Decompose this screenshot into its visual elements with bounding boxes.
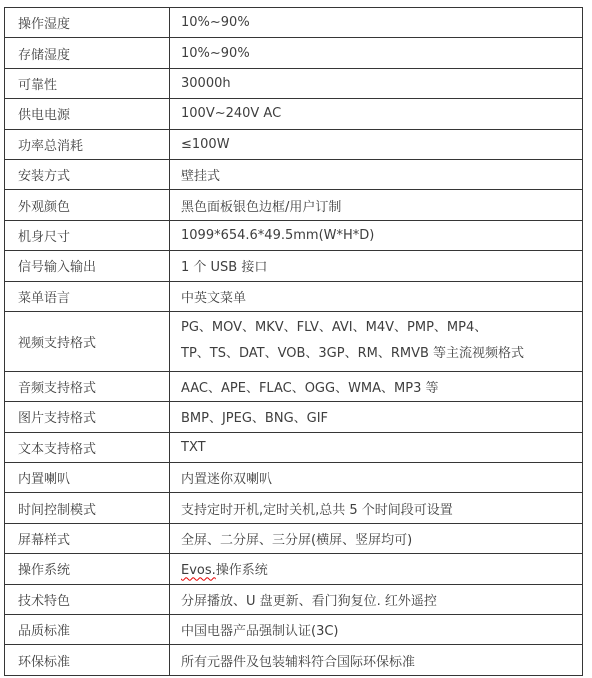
- spec-table: 操作湿度10%~90%存储湿度10%~90%可靠性30000h供电电源100V~…: [4, 7, 583, 676]
- spec-row: 菜单语言中英文菜单: [5, 281, 583, 311]
- spec-label: 功率总消耗: [5, 129, 170, 159]
- spec-value: Evos.操作系统: [170, 554, 583, 584]
- spec-label: 外观颜色: [5, 190, 170, 220]
- spec-row: 环保标准所有元器件及包装辅料符合国际环保标准: [5, 645, 583, 675]
- spec-label: 技术特色: [5, 584, 170, 614]
- spec-value: BMP、JPEG、BNG、GIF: [170, 402, 583, 432]
- spec-label: 视频支持格式: [5, 311, 170, 371]
- spec-label: 品质标准: [5, 615, 170, 645]
- spec-value-line: TP、TS、DAT、VOB、3GP、RM、RMVB 等主流视频格式: [181, 341, 578, 367]
- spec-value: 10%~90%: [170, 8, 583, 38]
- spec-value: 内置迷你双喇叭: [170, 463, 583, 493]
- spec-label: 文本支持格式: [5, 432, 170, 462]
- spec-row: 音频支持格式AAC、APE、FLAC、OGG、WMA、MP3 等: [5, 371, 583, 401]
- spec-row: 文本支持格式TXT: [5, 432, 583, 462]
- spec-value: 全屏、二分屏、三分屏(横屏、竖屏均可): [170, 523, 583, 553]
- spec-row: 可靠性30000h: [5, 68, 583, 98]
- spec-row: 图片支持格式BMP、JPEG、BNG、GIF: [5, 402, 583, 432]
- spec-row: 操作系统Evos.操作系统: [5, 554, 583, 584]
- spec-label: 操作湿度: [5, 8, 170, 38]
- spec-value-text: 操作系统: [216, 563, 268, 578]
- spec-label: 屏幕样式: [5, 523, 170, 553]
- spec-label: 机身尺寸: [5, 220, 170, 250]
- spec-value: 分屏播放、U 盘更新、看门狗复位. 红外遥控: [170, 584, 583, 614]
- spec-label: 信号输入输出: [5, 251, 170, 281]
- spec-row: 内置喇叭内置迷你双喇叭: [5, 463, 583, 493]
- spec-value: AAC、APE、FLAC、OGG、WMA、MP3 等: [170, 371, 583, 401]
- spec-row: 供电电源100V~240V AC: [5, 99, 583, 129]
- spec-label: 图片支持格式: [5, 402, 170, 432]
- spec-sheet: 操作湿度10%~90%存储湿度10%~90%可靠性30000h供电电源100V~…: [0, 0, 592, 676]
- misspelled-word: Evos.: [181, 563, 216, 578]
- spec-label: 操作系统: [5, 554, 170, 584]
- spec-label: 供电电源: [5, 99, 170, 129]
- spec-value: 10%~90%: [170, 38, 583, 68]
- spec-label: 可靠性: [5, 68, 170, 98]
- spec-row: 技术特色分屏播放、U 盘更新、看门狗复位. 红外遥控: [5, 584, 583, 614]
- spec-row: 视频支持格式PG、MOV、MKV、FLV、AVI、M4V、PMP、MP4、TP、…: [5, 311, 583, 371]
- spec-row: 操作湿度10%~90%: [5, 8, 583, 38]
- spec-value: 黑色面板银色边框/用户订制: [170, 190, 583, 220]
- spec-value: 支持定时开机,定时关机,总共 5 个时间段可设置: [170, 493, 583, 523]
- spec-label: 安装方式: [5, 159, 170, 189]
- spec-value: 100V~240V AC: [170, 99, 583, 129]
- spec-row: 外观颜色黑色面板银色边框/用户订制: [5, 190, 583, 220]
- page-background: { "colors": { "border": "#363636", "text…: [0, 0, 592, 678]
- spec-row: 安装方式壁挂式: [5, 159, 583, 189]
- spec-value: 1 个 USB 接口: [170, 251, 583, 281]
- spec-label: 环保标准: [5, 645, 170, 675]
- spec-row: 信号输入输出1 个 USB 接口: [5, 251, 583, 281]
- spec-value: TXT: [170, 432, 583, 462]
- spec-row: 品质标准中国电器产品强制认证(3C): [5, 615, 583, 645]
- spec-value: 中国电器产品强制认证(3C): [170, 615, 583, 645]
- spec-label: 音频支持格式: [5, 371, 170, 401]
- spec-value: ≤100W: [170, 129, 583, 159]
- spec-row: 屏幕样式全屏、二分屏、三分屏(横屏、竖屏均可): [5, 523, 583, 553]
- spec-label: 时间控制模式: [5, 493, 170, 523]
- spec-label: 菜单语言: [5, 281, 170, 311]
- spec-row: 功率总消耗≤100W: [5, 129, 583, 159]
- spec-value: 中英文菜单: [170, 281, 583, 311]
- spec-value: 所有元器件及包装辅料符合国际环保标准: [170, 645, 583, 675]
- spec-value: 1099*654.6*49.5mm(W*H*D): [170, 220, 583, 250]
- spec-value-line: PG、MOV、MKV、FLV、AVI、M4V、PMP、MP4、: [181, 315, 578, 341]
- spec-label: 存储湿度: [5, 38, 170, 68]
- spec-value: 壁挂式: [170, 159, 583, 189]
- spec-table-body: 操作湿度10%~90%存储湿度10%~90%可靠性30000h供电电源100V~…: [5, 8, 583, 676]
- spec-value: PG、MOV、MKV、FLV、AVI、M4V、PMP、MP4、TP、TS、DAT…: [170, 311, 583, 371]
- spec-label: 内置喇叭: [5, 463, 170, 493]
- spec-value: 30000h: [170, 68, 583, 98]
- spec-row: 存储湿度10%~90%: [5, 38, 583, 68]
- spec-row: 机身尺寸1099*654.6*49.5mm(W*H*D): [5, 220, 583, 250]
- spec-row: 时间控制模式支持定时开机,定时关机,总共 5 个时间段可设置: [5, 493, 583, 523]
